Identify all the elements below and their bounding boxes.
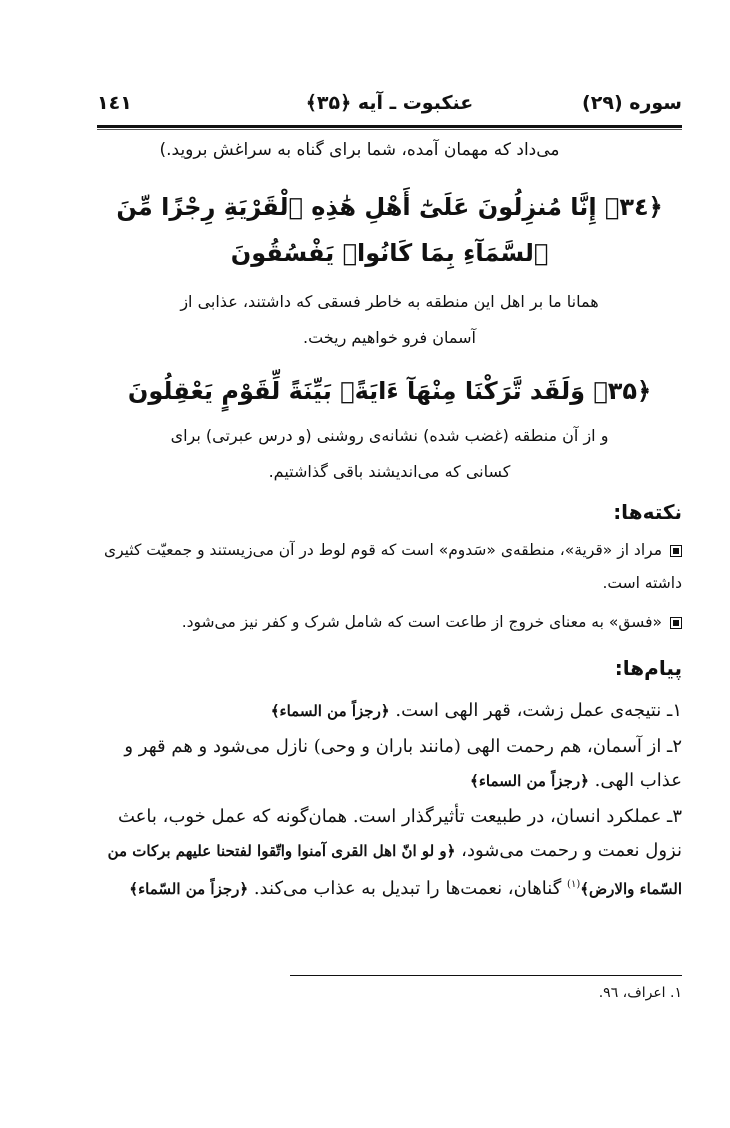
message-text: ۲ـ از آسمان، هم رحمت الهی (مانند باران و… bbox=[124, 736, 682, 791]
square-bullet-icon bbox=[670, 617, 682, 629]
message-quote: ﴿رجزاً من السماء﴾ bbox=[470, 772, 589, 790]
page-number: ۱٤۱ bbox=[97, 92, 132, 114]
document-page: سوره (۲۹) عنکبوت ـ آیه ﴿۳۵﴾ ۱٤۱ می‌داد ک… bbox=[0, 0, 730, 1128]
note-text: مراد از «قریة»، منطقه‌ی «سَدوم» است که ق… bbox=[104, 541, 682, 592]
messages-heading: پیام‌ها: bbox=[97, 656, 682, 680]
header-title: عنکبوت ـ آیه ﴿۳۵﴾ bbox=[97, 92, 682, 114]
verse-34-translation: همانا ما بر اهل این منطقه به خاطر فسقی ک… bbox=[97, 284, 682, 356]
message-quote: ﴿رجزاً من السّماء﴾ bbox=[129, 880, 248, 898]
footnote-rule bbox=[290, 975, 682, 976]
message-text-continued: گناهان، نعمت‌ها را تبدیل به عذاب می‌کند. bbox=[254, 878, 561, 899]
header-rule bbox=[97, 125, 682, 128]
message-text: ۱ـ نتیجه‌ی عمل زشت، قهر الهی است. bbox=[395, 700, 682, 721]
page-header: سوره (۲۹) عنکبوت ـ آیه ﴿۳۵﴾ ۱٤۱ bbox=[97, 92, 682, 126]
message-item: ۱ـ نتیجه‌ی عمل زشت، قهر الهی است. ﴿رجزاً… bbox=[97, 694, 682, 728]
verse-arabic: إِنَّا مُنزِلُونَ عَلَىٰٓ أَهْلِ هَٰذِهِ… bbox=[116, 193, 596, 267]
verse-35: ﴿۳۵﴾ وَلَقَد تَّرَكْنَا مِنْهَآ ءَايَةًۢ… bbox=[97, 368, 682, 414]
verse-number: ﴿۳٤﴾ bbox=[605, 193, 663, 221]
notes-heading: نکته‌ها: bbox=[97, 500, 682, 524]
note-text: «فسق» به معنای خروج از طاعت است که شامل … bbox=[182, 613, 662, 631]
verse-35-translation: و از آن منطقه (غضب شده) نشانه‌ی روشنی (و… bbox=[97, 418, 682, 490]
message-quote: ﴿رجزاً من السماء﴾ bbox=[271, 702, 390, 720]
header-rule-thin bbox=[97, 129, 682, 130]
footnote-reference[interactable]: (۱) bbox=[567, 879, 580, 890]
note-item: مراد از «قریة»، منطقه‌ی «سَدوم» است که ق… bbox=[97, 534, 682, 600]
message-item: ۲ـ از آسمان، هم رحمت الهی (مانند باران و… bbox=[97, 730, 682, 798]
verse-34: ﴿۳٤﴾ إِنَّا مُنزِلُونَ عَلَىٰٓ أَهْلِ هَ… bbox=[97, 184, 682, 276]
note-item: «فسق» به معنای خروج از طاعت است که شامل … bbox=[97, 606, 682, 639]
continuation-text: می‌داد که مهمان آمده، شما برای گناه به س… bbox=[97, 140, 682, 160]
message-item: ۳ـ عملکرد انسان، در طبیعت تأثیرگذار است.… bbox=[97, 800, 682, 906]
verse-number: ﴿۳۵﴾ bbox=[593, 377, 651, 405]
footnote: ۱. اعراف، ۹٦. bbox=[97, 985, 682, 1001]
square-bullet-icon bbox=[670, 545, 682, 557]
verse-arabic: وَلَقَد تَّرَكْنَا مِنْهَآ ءَايَةًۢ بَيِ… bbox=[128, 377, 585, 405]
